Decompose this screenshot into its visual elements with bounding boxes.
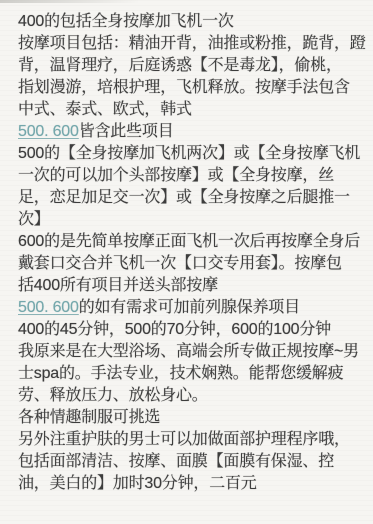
text-line: 次】 (18, 209, 365, 231)
line-text: 皆含此些项目 (79, 123, 174, 140)
text-line: 我原来是在大型浴场、高端会所专做正规按摩~男 (18, 341, 365, 363)
text-line: 500的【全身按摩加飞机两次】或【全身按摩飞机 (18, 143, 365, 165)
scan-artifact (0, 0, 140, 3)
price-link[interactable]: 500. 600 (18, 299, 79, 316)
text-line: 一次的可以加个头部按摩】或【全身按摩，丝 (18, 165, 365, 187)
text-line: 500. 600皆含此些项目 (18, 121, 365, 143)
text-line: 按摩项目包括：精油开背，油推或粉推，跪背，蹬 (18, 33, 365, 55)
text-line: 足，恋足加足交一次】或【全身按摩之后腿推一 (18, 187, 365, 209)
text-line: 各种情趣制服可挑选 (18, 407, 365, 429)
text-line: 500. 600的如有需求可加前列腺保养项目 (18, 297, 365, 319)
text-line: 中式、泰式、欧式，韩式 (18, 99, 365, 121)
text-line: 劳、释放压力、放松身心。 (18, 385, 365, 407)
text-line: 600的是先简单按摩正面飞机一次后再按摩全身后 (18, 231, 365, 253)
text-line: 油，美白的】加时30分钟，二百元 (18, 473, 365, 495)
text-line: 400的45分钟，500的70分钟，600的100分钟 (18, 319, 365, 341)
line-text: 的如有需求可加前列腺保养项目 (79, 299, 300, 316)
text-line: 士spa的。手法专业，技术娴熟。能帮您缓解疲 (18, 363, 365, 385)
document-page: 400的包括全身按摩加飞机一次按摩项目包括：精油开背，油推或粉推，跪背，蹬背，温… (0, 0, 373, 524)
text-line: 指划漫游，培根护理，飞机释放。按摩手法包含 (18, 77, 365, 99)
text-body: 400的包括全身按摩加飞机一次按摩项目包括：精油开背，油推或粉推，跪背，蹬背，温… (18, 11, 365, 495)
text-line: 戴套口交合并飞机一次【口交专用套】。按摩包 (18, 253, 365, 275)
text-line: 包括面部清洁、按摩、面膜【面膜有保湿、控 (18, 451, 365, 473)
text-line: 背，温肾理疗，后庭诱惑【不是毒龙】，偷桃， (18, 55, 365, 77)
price-link[interactable]: 500. 600 (18, 123, 79, 140)
text-line: 另外注重护肤的男士可以加做面部护理程序哦， (18, 429, 365, 451)
text-line: 括400所有项目并送头部按摩 (18, 275, 365, 297)
text-line: 400的包括全身按摩加飞机一次 (18, 11, 365, 33)
